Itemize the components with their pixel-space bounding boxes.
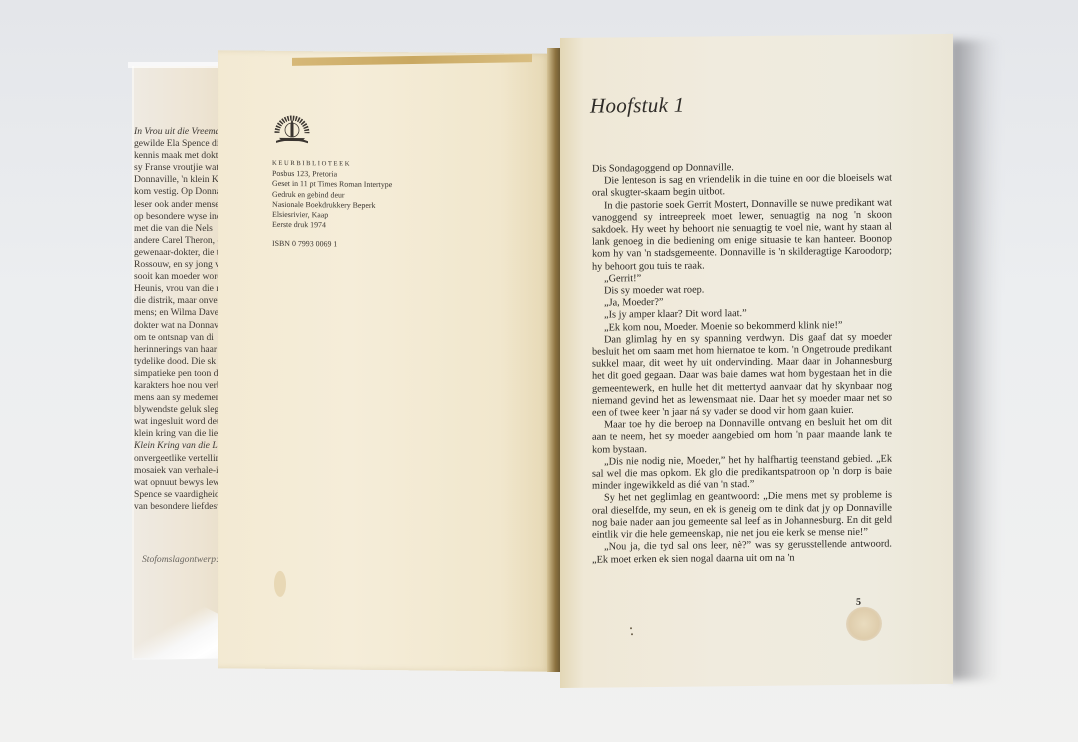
paragraph: Die lenteson is sag en vriendelik in die… xyxy=(592,173,892,201)
right-page-chapter-one: Hoofstuk 1 Dis Sondagoggend op Donnavill… xyxy=(560,34,953,688)
paragraph: In die pastorie soek Gerrit Mostert, Don… xyxy=(592,197,892,273)
book-shadow xyxy=(950,40,1000,680)
publisher-logo-icon xyxy=(272,111,312,147)
paper-speck xyxy=(631,633,633,635)
imprint-block: KEURBIBLIOTEEK Posbus 123, Pretoria Gese… xyxy=(272,111,392,251)
coffee-stain xyxy=(846,607,882,641)
paper-speck xyxy=(630,627,632,629)
paragraph: „Dis nie nodig nie, Moeder,” het hy half… xyxy=(592,453,892,493)
paragraph: Sy het net geglimlag en geantwoord: „Die… xyxy=(592,490,892,542)
left-page-endpaper: KEURBIBLIOTEEK Posbus 123, Pretoria Gese… xyxy=(218,50,550,671)
paragraph: „Nou ja, die tyd sal ons leer, nè?” was … xyxy=(592,539,892,567)
flap-credit: Stofomslagontwerp: C xyxy=(142,554,228,565)
chapter-title: Hoofstuk 1 xyxy=(590,93,685,119)
paragraph: Maar toe hy die beroep na Donnaville ont… xyxy=(592,417,892,457)
imprint-typeset: Geset in 11 pt Times Roman Intertype xyxy=(272,179,392,190)
foxing-stain xyxy=(274,571,286,597)
imprint-edition: Eerste druk 1974 xyxy=(272,220,392,231)
chapter-body-text: Dis Sondagoggend op Donnaville.Die lente… xyxy=(592,161,892,567)
imprint-lines: KEURBIBLIOTEEK Posbus 123, Pretoria Gese… xyxy=(272,159,392,251)
isbn: ISBN 0 7993 0069 1 xyxy=(272,239,392,250)
paragraph: Dan glimlag hy en sy spanning verdwyn. D… xyxy=(592,331,892,420)
